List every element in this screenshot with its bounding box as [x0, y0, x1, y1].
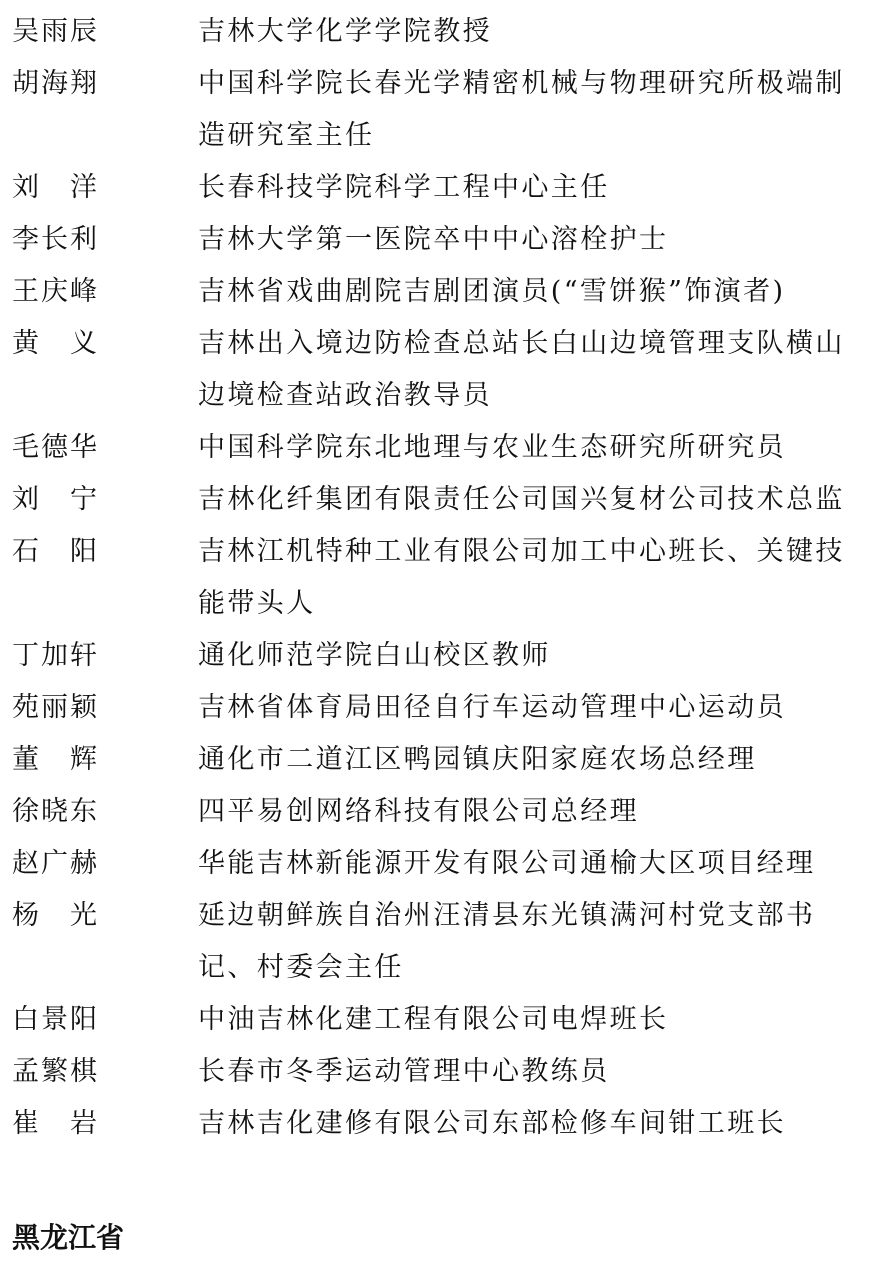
person-affiliation: 华能吉林新能源开发有限公司通榆大区项目经理 — [198, 838, 866, 890]
list-item: 石 阳 吉林江机特种工业有限公司加工中心班长、关键技能带头人 — [0, 526, 874, 630]
person-name: 毛德华 — [0, 422, 198, 474]
person-affiliation: 长春市冬季运动管理中心教练员 — [198, 1046, 866, 1098]
person-name: 白景阳 — [0, 994, 198, 1046]
person-affiliation: 吉林省体育局田径自行车运动管理中心运动员 — [198, 682, 866, 734]
person-name: 石 阳 — [0, 526, 198, 578]
list-item: 毛德华 中国科学院东北地理与农业生态研究所研究员 — [0, 422, 874, 474]
person-affiliation: 通化市二道江区鸭园镇庆阳家庭农场总经理 — [198, 734, 866, 786]
person-name: 王庆峰 — [0, 266, 198, 318]
person-affiliation: 通化师范学院白山校区教师 — [198, 630, 866, 682]
list-item: 胡海翔 中国科学院长春光学精密机械与物理研究所极端制造研究室主任 — [0, 58, 874, 162]
list-item: 王庆峰 吉林省戏曲剧院吉剧团演员(“雪饼猴”饰演者) — [0, 266, 874, 318]
person-affiliation: 吉林省戏曲剧院吉剧团演员(“雪饼猴”饰演者) — [198, 266, 866, 318]
person-name: 赵广赫 — [0, 838, 198, 890]
person-name: 崔 岩 — [0, 1098, 198, 1150]
list-item: 徐晓东 四平易创网络科技有限公司总经理 — [0, 786, 874, 838]
person-affiliation: 吉林大学化学学院教授 — [198, 6, 866, 58]
person-affiliation: 吉林吉化建修有限公司东部检修车间钳工班长 — [198, 1098, 866, 1150]
list-item: 崔 岩 吉林吉化建修有限公司东部检修车间钳工班长 — [0, 1098, 874, 1150]
person-name: 胡海翔 — [0, 58, 198, 110]
person-affiliation: 中国科学院长春光学精密机械与物理研究所极端制造研究室主任 — [198, 58, 866, 162]
person-name: 黄 义 — [0, 318, 198, 370]
honoree-list: 吴雨辰 吉林大学化学学院教授 胡海翔 中国科学院长春光学精密机械与物理研究所极端… — [0, 6, 874, 1150]
person-affiliation: 吉林大学第一医院卒中中心溶栓护士 — [198, 214, 866, 266]
person-name: 刘 宁 — [0, 474, 198, 526]
person-affiliation: 长春科技学院科学工程中心主任 — [198, 162, 866, 214]
list-item: 杨 光 延边朝鲜族自治州汪清县东光镇满河村党支部书记、村委会主任 — [0, 890, 874, 994]
person-affiliation: 四平易创网络科技有限公司总经理 — [198, 786, 866, 838]
list-item: 李长利 吉林大学第一医院卒中中心溶栓护士 — [0, 214, 874, 266]
section-heading-heilongjiang: 黑龙江省 — [12, 1214, 124, 1262]
list-item: 白景阳 中油吉林化建工程有限公司电焊班长 — [0, 994, 874, 1046]
list-item: 刘 宁 吉林化纤集团有限责任公司国兴复材公司技术总监 — [0, 474, 874, 526]
list-item: 董 辉 通化市二道江区鸭园镇庆阳家庭农场总经理 — [0, 734, 874, 786]
person-name: 徐晓东 — [0, 786, 198, 838]
list-item: 刘 洋 长春科技学院科学工程中心主任 — [0, 162, 874, 214]
list-item: 孟繁棋 长春市冬季运动管理中心教练员 — [0, 1046, 874, 1098]
person-affiliation: 延边朝鲜族自治州汪清县东光镇满河村党支部书记、村委会主任 — [198, 890, 866, 994]
person-name: 杨 光 — [0, 890, 198, 942]
person-name: 董 辉 — [0, 734, 198, 786]
list-item: 吴雨辰 吉林大学化学学院教授 — [0, 6, 874, 58]
list-item: 丁加轩 通化师范学院白山校区教师 — [0, 630, 874, 682]
person-affiliation: 中国科学院东北地理与农业生态研究所研究员 — [198, 422, 866, 474]
list-item: 赵广赫 华能吉林新能源开发有限公司通榆大区项目经理 — [0, 838, 874, 890]
person-name: 苑丽颖 — [0, 682, 198, 734]
person-affiliation: 吉林江机特种工业有限公司加工中心班长、关键技能带头人 — [198, 526, 866, 630]
person-name: 丁加轩 — [0, 630, 198, 682]
person-name: 刘 洋 — [0, 162, 198, 214]
person-name: 孟繁棋 — [0, 1046, 198, 1098]
person-affiliation: 吉林出入境边防检查总站长白山边境管理支队横山边境检查站政治教导员 — [198, 318, 866, 422]
list-item: 苑丽颖 吉林省体育局田径自行车运动管理中心运动员 — [0, 682, 874, 734]
list-item: 黄 义 吉林出入境边防检查总站长白山边境管理支队横山边境检查站政治教导员 — [0, 318, 874, 422]
person-name: 吴雨辰 — [0, 6, 198, 58]
person-affiliation: 中油吉林化建工程有限公司电焊班长 — [198, 994, 866, 1046]
person-affiliation: 吉林化纤集团有限责任公司国兴复材公司技术总监 — [198, 474, 866, 526]
person-name: 李长利 — [0, 214, 198, 266]
